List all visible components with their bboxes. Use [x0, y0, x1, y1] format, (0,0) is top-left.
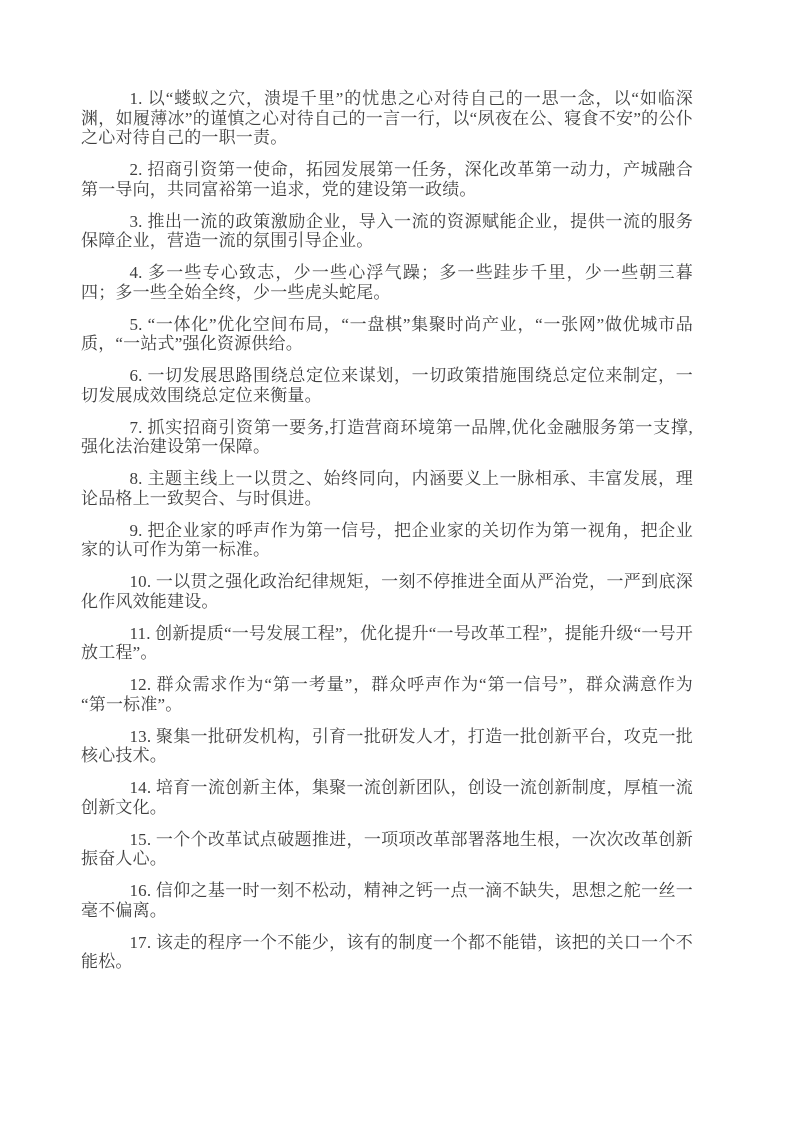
- list-item: 5. “一体化”优化空间布局，“一盘棋”集聚时尚产业，“一张网”做优城市品质，“…: [81, 315, 693, 354]
- document-page: 1. 以“蝼蚁之穴，溃堤千里”的忧患之心对待自己的一思一念，以“如临深渊，如履薄…: [0, 0, 793, 1122]
- list-item: 7. 抓实招商引资第一要务,打造营商环境第一品牌,优化金融服务第一支撑,强化法治…: [81, 418, 693, 457]
- list-item: 8. 主题主线上一以贯之、始终同向，内涵要义上一脉相承、丰富发展，理论品格上一致…: [81, 469, 693, 508]
- list-item: 12. 群众需求作为“第一考量”，群众呼声作为“第一信号”，群众满意作为“第一标…: [81, 675, 693, 714]
- list-item: 10. 一以贯之强化政治纪律规矩，一刻不停推进全面从严治党，一严到底深化作风效能…: [81, 572, 693, 611]
- list-item: 15. 一个个改革试点破题推进，一项项改革部署落地生根，一次次改革创新振奋人心。: [81, 830, 693, 869]
- numbered-list: 1. 以“蝼蚁之穴，溃堤千里”的忧患之心对待自己的一思一念，以“如临深渊，如履薄…: [81, 89, 693, 972]
- list-item: 16. 信仰之基一时一刻不松动，精神之钙一点一滴不缺失，思想之舵一丝一毫不偏离。: [81, 881, 693, 920]
- list-item: 4. 多一些专心致志，少一些心浮气躁；多一些跬步千里，少一些朝三暮四；多一些全始…: [81, 263, 693, 302]
- list-item: 6. 一切发展思路围绕总定位来谋划，一切政策措施围绕总定位来制定，一切发展成效围…: [81, 366, 693, 405]
- list-item: 17. 该走的程序一个不能少，该有的制度一个都不能错，该把的关口一个不能松。: [81, 933, 693, 972]
- list-item: 1. 以“蝼蚁之穴，溃堤千里”的忧患之心对待自己的一思一念，以“如临深渊，如履薄…: [81, 89, 693, 148]
- list-item: 13. 聚集一批研发机构，引育一批研发人才，打造一批创新平台，攻克一批核心技术。: [81, 727, 693, 766]
- list-item: 3. 推出一流的政策激励企业，导入一流的资源赋能企业，提供一流的服务保障企业，营…: [81, 212, 693, 251]
- list-item: 2. 招商引资第一使命，拓园发展第一任务，深化改革第一动力，产城融合第一导向，共…: [81, 160, 693, 199]
- list-item: 14. 培育一流创新主体，集聚一流创新团队，创设一流创新制度，厚植一流创新文化。: [81, 778, 693, 817]
- list-item: 11. 创新提质“一号发展工程”，优化提升“一号改革工程”，提能升级“一号开放工…: [81, 624, 693, 663]
- list-item: 9. 把企业家的呼声作为第一信号，把企业家的关切作为第一视角，把企业家的认可作为…: [81, 521, 693, 560]
